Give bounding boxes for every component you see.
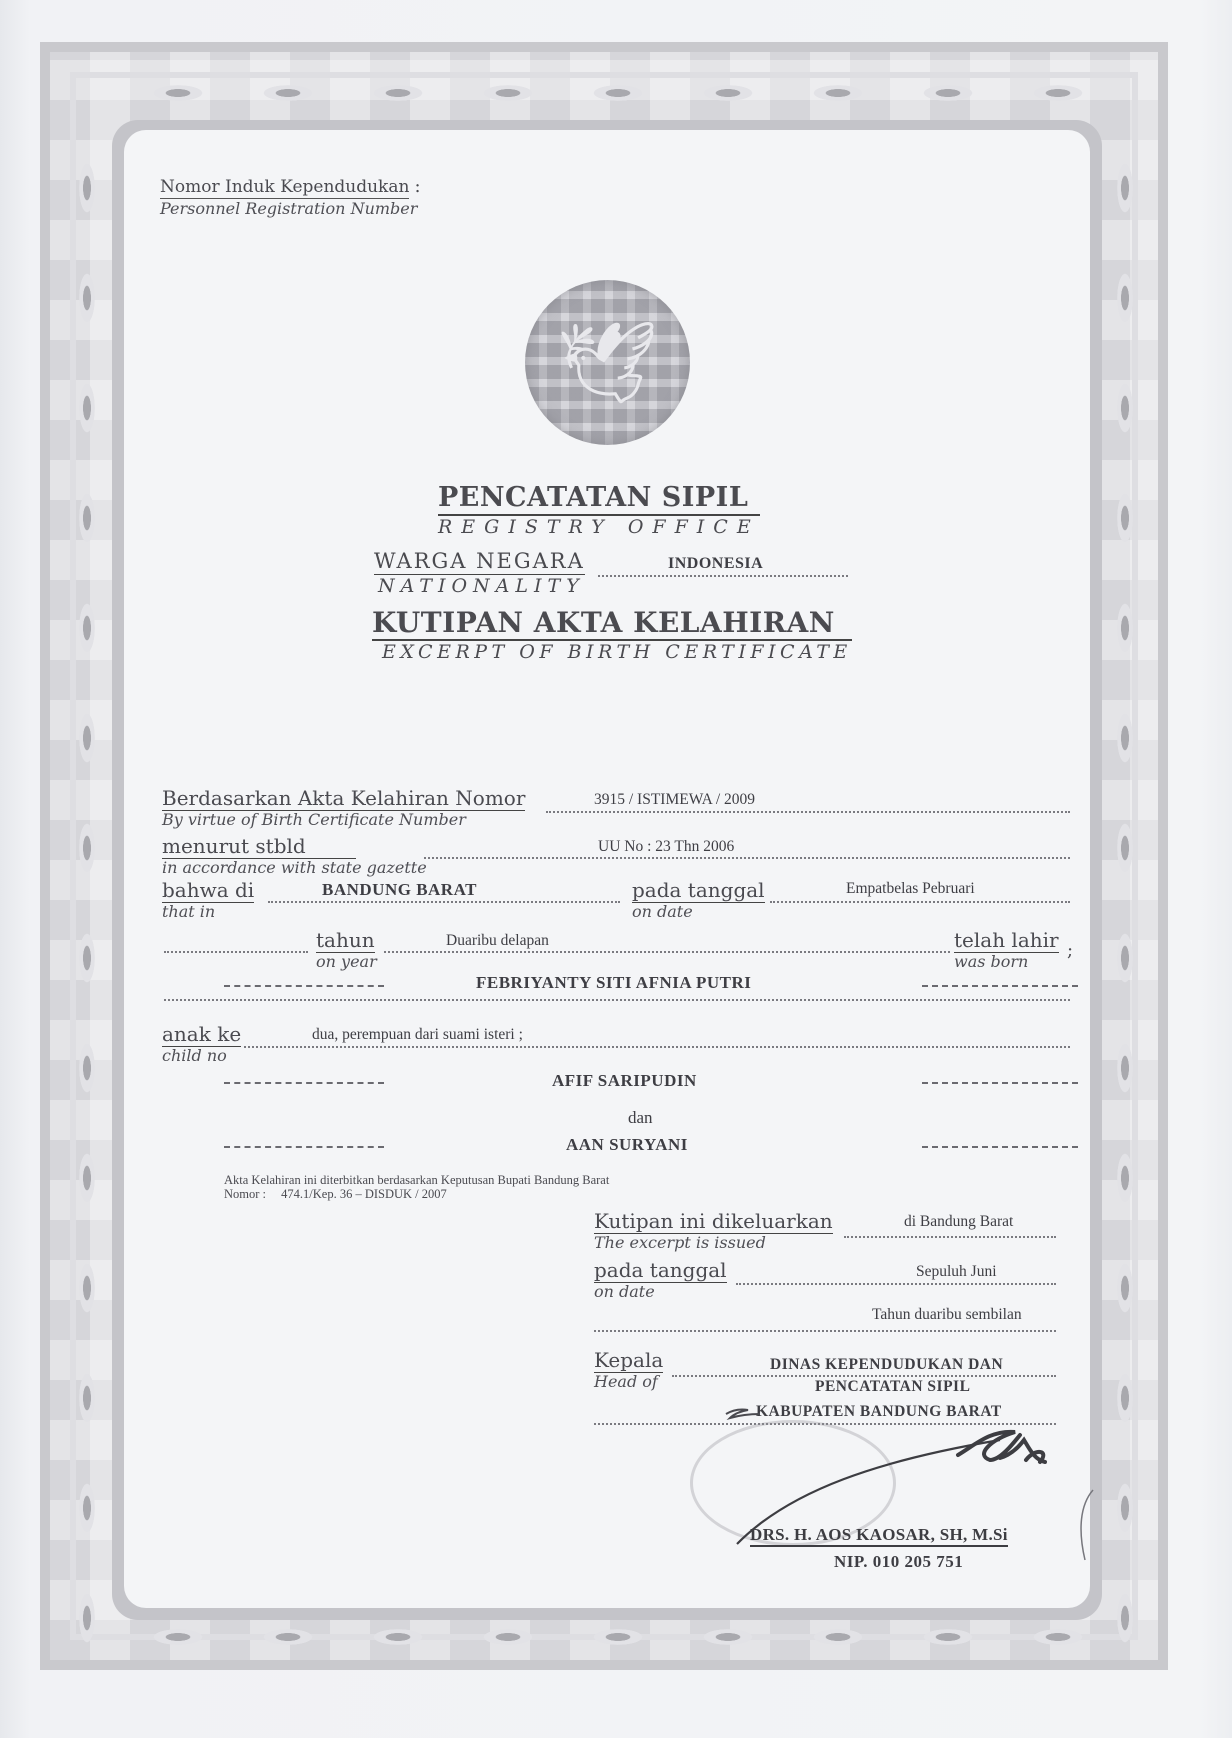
signatory-nip: NIP. 010 205 751 xyxy=(834,1552,963,1572)
signatory-block: DRS. H. AOS KAOSAR, SH, M.Si xyxy=(750,1525,1008,1547)
signature-icon xyxy=(0,0,1232,1738)
document-page: Nomor Induk Kependudukan : Personnel Reg… xyxy=(0,0,1232,1738)
signatory-name: DRS. H. AOS KAOSAR, SH, M.Si xyxy=(750,1525,1008,1547)
